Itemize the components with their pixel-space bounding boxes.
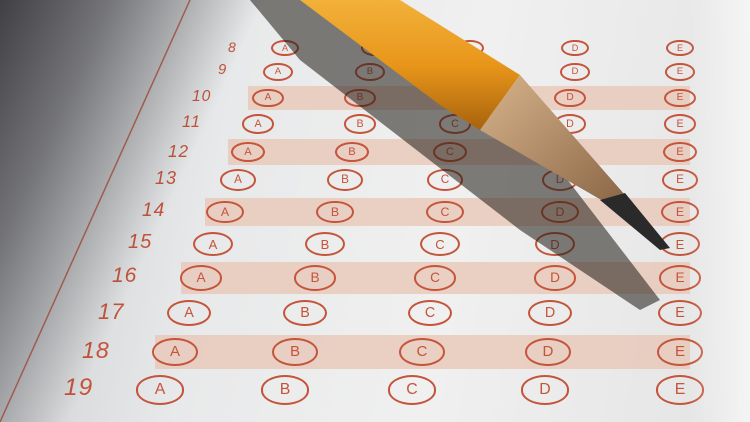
question-number: 19 [64,374,93,402]
answer-bubble-b: B [272,338,318,366]
question-number: 16 [112,264,137,288]
answer-bubble-c: C [420,232,460,256]
answer-bubble-d: D [535,232,575,256]
answer-bubble-b: B [294,265,336,290]
answer-bubble-d: D [528,300,572,326]
answer-bubble-a: A [193,232,233,256]
question-number: 10 [192,88,211,106]
answer-bubble-b: B [316,201,354,224]
answer-bubble-c: C [444,89,475,108]
answer-bubble-b: B [344,114,377,134]
question-number: 14 [142,200,165,222]
answer-bubble-c: C [388,375,437,404]
answer-bubble-b: B [305,232,345,256]
answer-bubble-b: B [261,375,310,404]
answer-bubble-c: C [439,114,472,134]
answer-bubble-a: A [252,89,283,108]
photo-scene: 8ABCDE9ABCDE10ABCDE11ABCDE12ABCDE13ABCDE… [0,0,750,422]
question-number: 12 [168,141,189,162]
answer-bubble-a: A [167,300,211,326]
answer-bubble-a: A [206,201,244,224]
answer-bubble-a: A [220,169,256,191]
question-number: 18 [82,337,110,364]
answer-bubble-c: C [408,300,452,326]
answer-bubble-b: B [283,300,327,326]
question-number: 13 [155,168,177,189]
question-number: 8 [228,39,237,55]
answer-bubble-b: B [344,89,375,108]
answer-bubble-b: B [327,169,363,191]
question-number: 15 [128,231,152,254]
answer-bubble-a: A [136,375,185,404]
answer-bubble-d: D [542,169,578,191]
answer-bubble-d: D [525,338,571,366]
question-number: 17 [98,299,124,325]
question-number: 9 [218,62,227,78]
light-glow [690,0,750,422]
answer-bubble-d: D [541,201,579,224]
answer-bubble-a: A [263,63,293,81]
answer-bubble-d: D [560,63,590,81]
answer-bubble-c: C [427,169,463,191]
answer-bubble-d: D [554,114,587,134]
answer-bubble-c: C [399,338,445,366]
answer-bubble-d: D [534,265,576,290]
question-number: 11 [182,113,201,132]
answer-bubble-d: D [521,375,570,404]
answer-bubble-a: A [180,265,222,290]
answer-bubble-c: C [414,265,456,290]
answer-bubble-c: C [426,201,464,224]
answer-bubble-c: C [450,63,480,81]
answer-bubble-a: A [152,338,198,366]
answer-bubble-a: A [242,114,275,134]
answer-bubble-d: D [554,89,585,108]
answer-bubble-b: B [355,63,385,81]
